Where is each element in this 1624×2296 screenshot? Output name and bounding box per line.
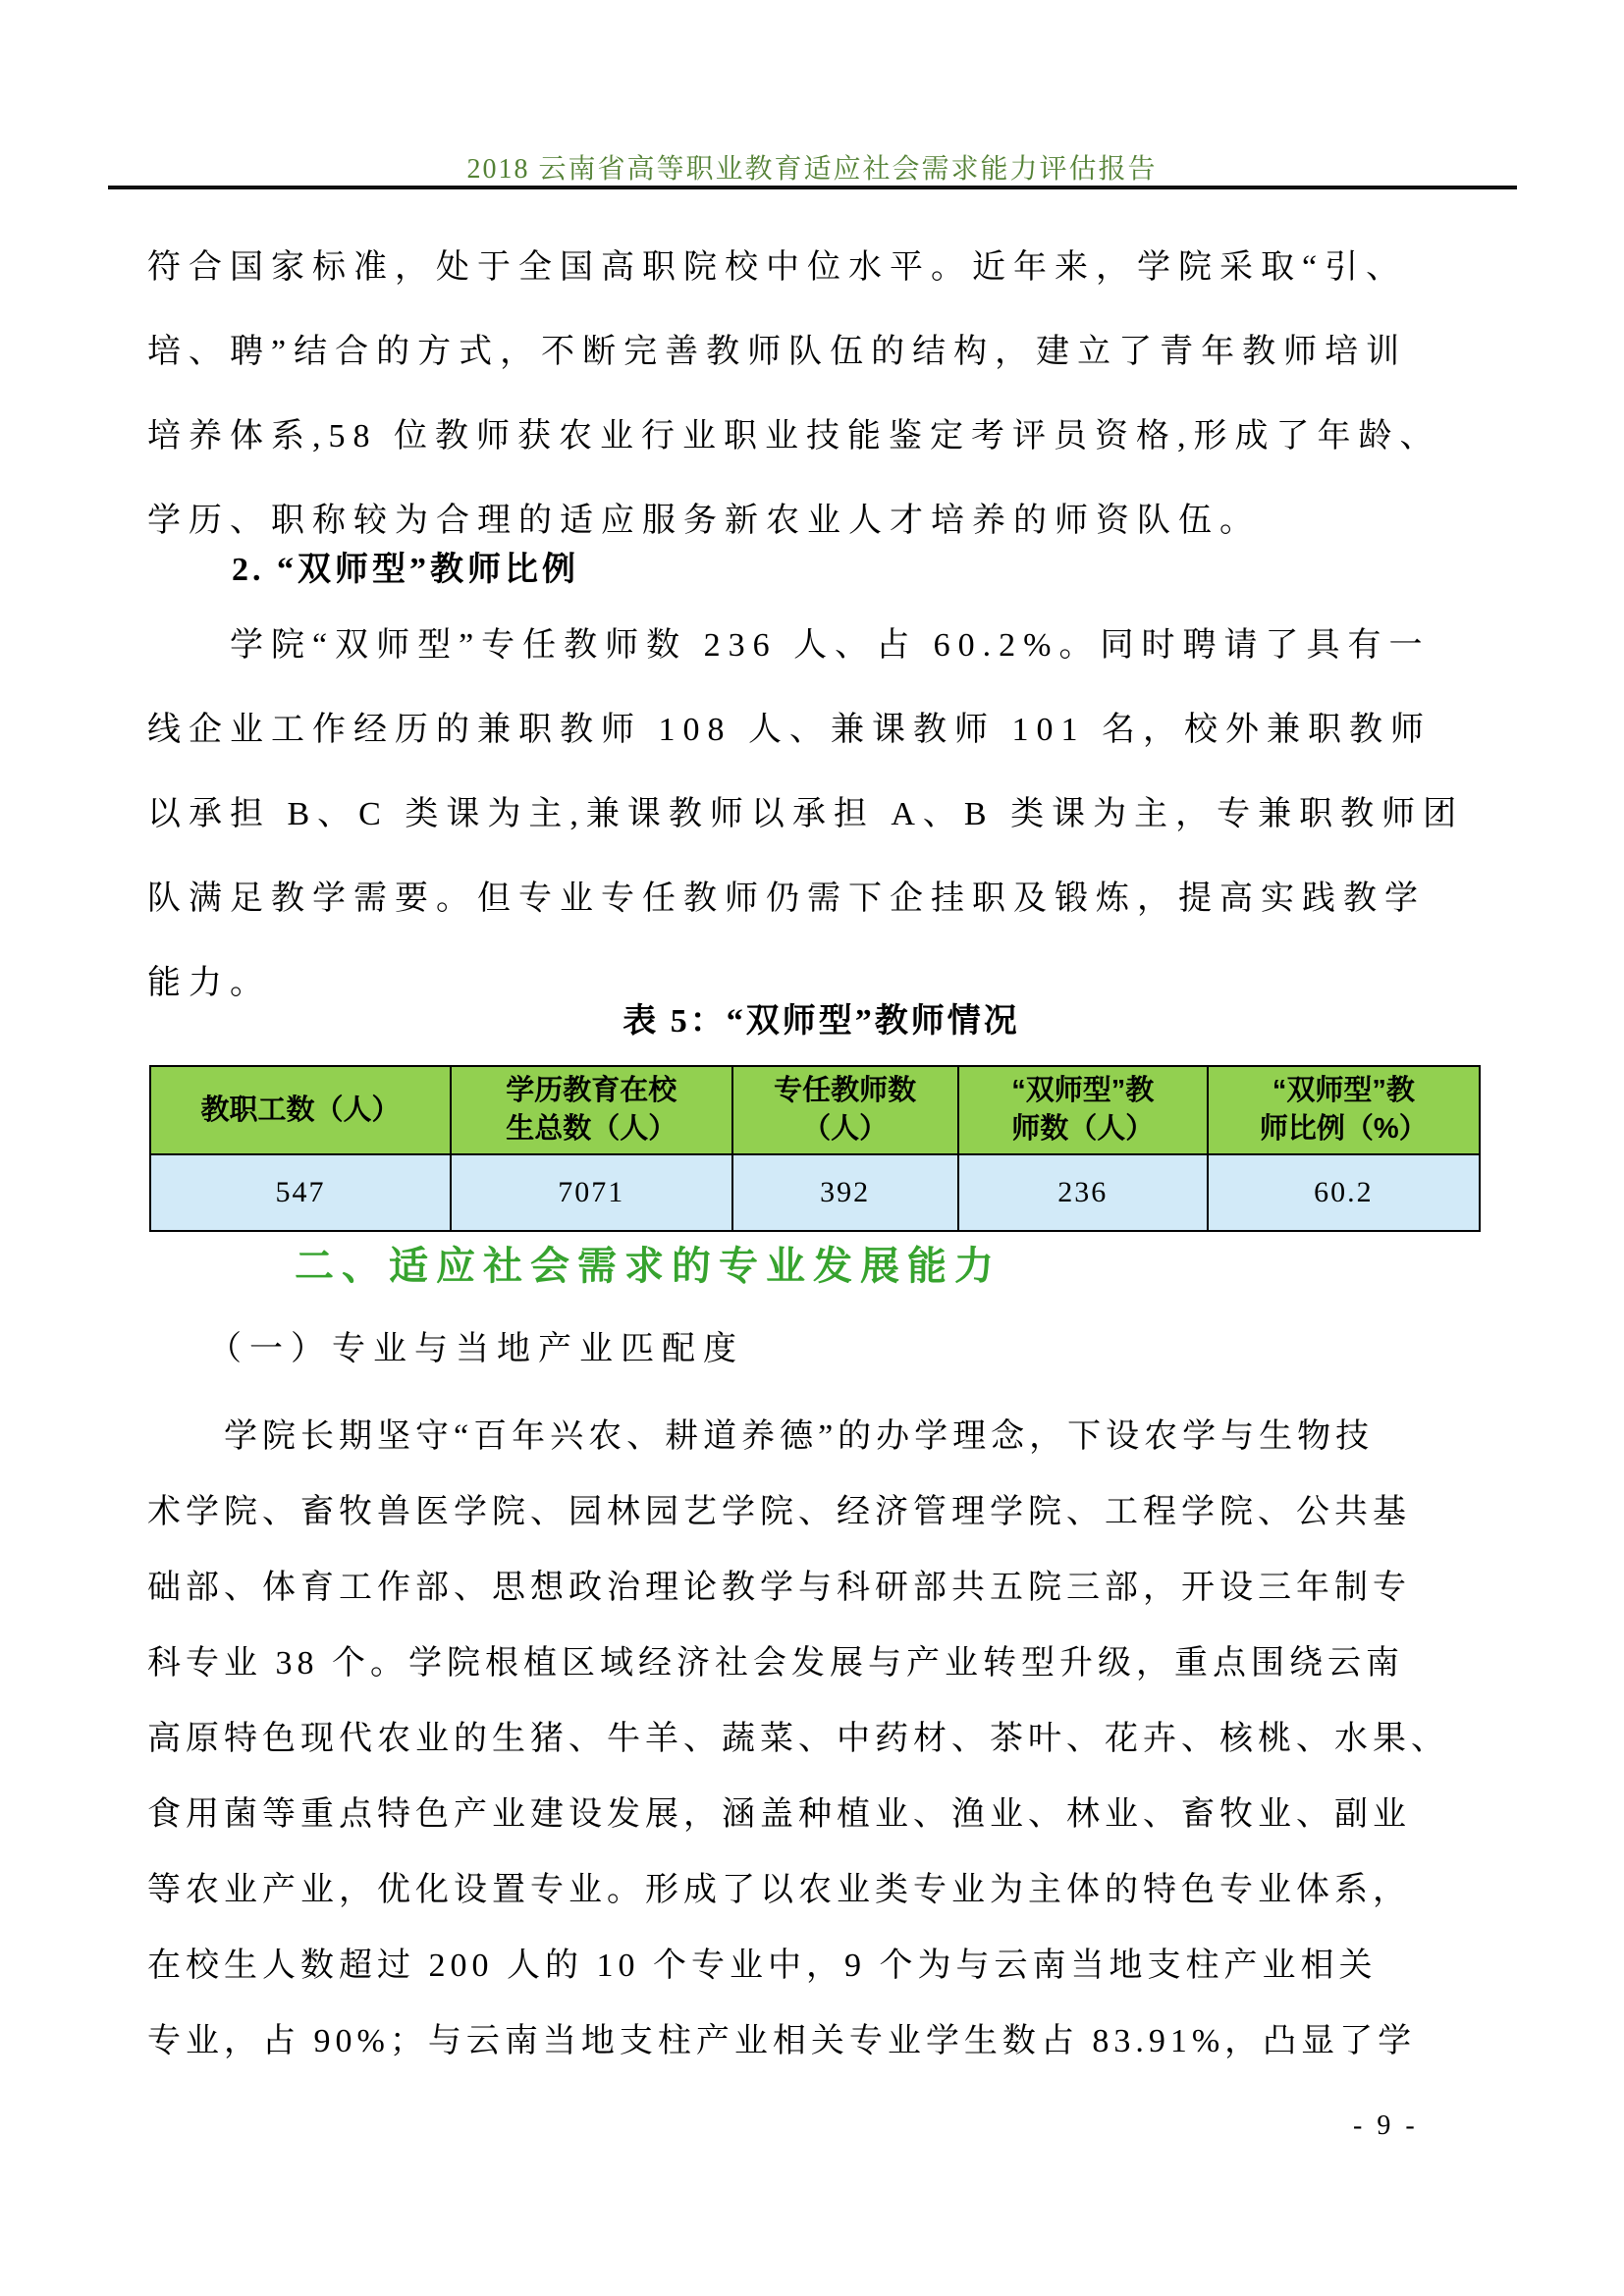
table-header-cell: “双师型”教 师数（人） [958,1066,1208,1154]
table-data-cell: 7071 [451,1154,731,1231]
header-divider-rule [108,186,1517,189]
table-data-cell: 60.2 [1208,1154,1480,1231]
heading-dual-teacher-ratio: 2. “双师型”教师比例 [147,548,1495,593]
table-header-cell: “双师型”教 师比例（%） [1208,1066,1480,1154]
table-header-cell: 专任教师数 （人） [732,1066,958,1154]
table-header-cell: 学历教育在校 生总数（人） [451,1066,731,1154]
table-caption: 表 5：“双师型”教师情况 [147,999,1495,1044]
subheading-industry-match: （一）专业与当地产业匹配度 [147,1327,1495,1372]
paragraph-college-structure: 学院长期坚守“百年兴农、耕道养德”的办学理念，下设农学与生物技 术学院、畜牧兽医… [147,1399,1495,2079]
table-data-cell: 547 [150,1154,451,1231]
table-data-row: 547 7071 392 236 60.2 [150,1154,1480,1231]
table-header-row: 教职工数（人） 学历教育在校 生总数（人） 专任教师数 （人） “双师型”教 师… [150,1066,1480,1154]
table-data-cell: 236 [958,1154,1208,1231]
paragraph-dual-teacher-detail: 学院“双师型”专任教师数 236 人、占 60.2%。同时聘请了具有一 线企业工… [147,604,1495,1026]
dual-teacher-table: 教职工数（人） 学历教育在校 生总数（人） 专任教师数 （人） “双师型”教 师… [149,1065,1481,1232]
running-header-title: 2018 云南省高等职业教育适应社会需求能力评估报告 [0,147,1624,187]
table-data-cell: 392 [732,1154,958,1231]
paragraph-teacher-training: 符合国家标准，处于全国高职院校中位水平。近年来，学院采取“引、 培、聘”结合的方… [147,226,1495,563]
document-page: 2018 云南省高等职业教育适应社会需求能力评估报告 符合国家标准，处于全国高职… [0,0,1624,2296]
section-heading-professional-development: 二、适应社会需求的专业发展能力 [147,1242,1542,1291]
table-header-cell: 教职工数（人） [150,1066,451,1154]
page-number: - 9 - [1353,2110,1419,2142]
